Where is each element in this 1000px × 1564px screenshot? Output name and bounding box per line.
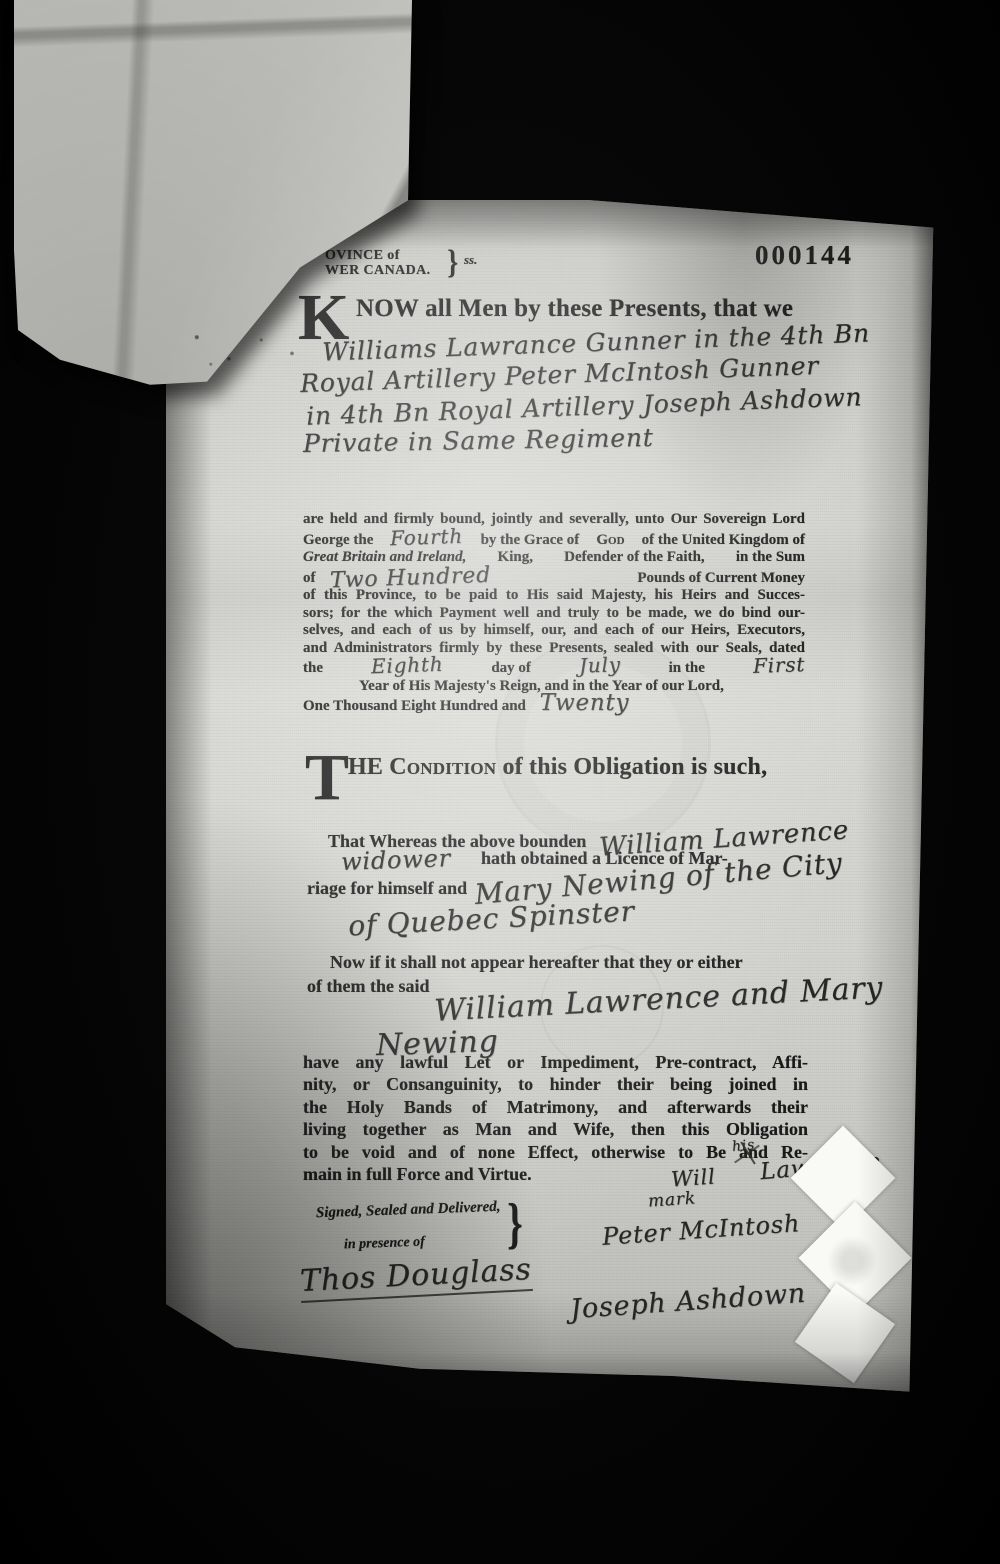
riage-line: riage for himself and xyxy=(307,878,467,899)
hw-first: First xyxy=(753,656,806,675)
final-line: main in full Force and Virtue. xyxy=(303,1163,808,1185)
condition-he: HE xyxy=(348,754,383,780)
obligation-paragraph: are held and firmly bound, jointly and s… xyxy=(303,511,805,716)
obligation-l2b: by the Grace of xyxy=(481,532,580,550)
hw-fourth: Fourth xyxy=(390,527,464,547)
condition-word: Condition xyxy=(389,754,496,780)
hw-eighth: Eighth xyxy=(371,656,444,676)
hw-twenty: Twenty xyxy=(540,690,630,716)
obligation-l3d: in the Sum xyxy=(736,549,805,567)
obligation-l7: selves, and each of us by himself, our, … xyxy=(303,622,805,640)
obligation-l1: are held and firmly bound, jointly and s… xyxy=(303,511,805,529)
hw-widower: widower xyxy=(341,844,452,876)
province-brace: } xyxy=(447,244,458,282)
final-line: living together as Man and Wife, then th… xyxy=(303,1118,808,1140)
province-line1: OVINCE of xyxy=(325,248,431,263)
obligation-l6: sors; for the which Payment well and tru… xyxy=(303,605,805,623)
final-line: nity, or Consanguinity, to hinder their … xyxy=(303,1073,808,1095)
witness-name: Thos Douglass xyxy=(299,1252,532,1303)
dropcap-t: T xyxy=(305,750,349,806)
signed-sealed-delivered: Signed, Sealed and Delivered, xyxy=(316,1199,501,1222)
obligation-l2d: of the United Kingdom of xyxy=(642,532,805,550)
serial-number: 000144 xyxy=(755,240,854,271)
hw-sig-mark: mark xyxy=(647,1188,696,1211)
obligation-l3b: King, xyxy=(498,549,533,567)
hw-sig-witness-douglass: Thos Douglass xyxy=(299,1252,532,1299)
final-line: the Holy Bands of Matrimony, and afterwa… xyxy=(303,1096,808,1118)
heading-know-all-men: NOW all Men by these Presents, that we xyxy=(356,295,793,323)
hw-parties-joint1: William Lawrence and Mary xyxy=(433,970,884,1028)
obligation-l9: the Eighth day of July in the First xyxy=(303,657,805,678)
obligation-l4b: Pounds of Current Money xyxy=(637,570,805,588)
attestation-brace: } xyxy=(507,1192,522,1256)
marriage-bond-sheet: OVINCE of WER CANADA. } ss. 000144 K NOW… xyxy=(166,200,934,1400)
obligation-l11-print: One Thousand Eight Hundred and xyxy=(303,698,526,714)
obligation-l9b: day of xyxy=(491,660,531,678)
obligation-l2c-god: God xyxy=(596,532,624,550)
obligation-l11: One Thousand Eight Hundred and Twenty xyxy=(303,695,805,716)
hw-sig-mcintosh: Peter McIntosh xyxy=(601,1209,801,1251)
now-if-line2: of them the said xyxy=(307,976,430,997)
province-ss: ss. xyxy=(464,252,477,268)
wafer-seal-3 xyxy=(795,1283,895,1383)
in-presence-of: in presence of xyxy=(344,1235,425,1254)
final-line: have any lawful Let or Impediment, Pre-c… xyxy=(303,1051,808,1073)
hw-july: July xyxy=(579,656,621,675)
hw-sig-ashdown: Joseph Ashdown xyxy=(569,1278,807,1325)
heading-condition: HE Condition of this Obligation is such, xyxy=(348,754,767,781)
obligation-l2a: George the xyxy=(303,532,373,550)
now-if-line1: Now if it shall not appear hereafter tha… xyxy=(330,952,743,973)
obligation-l9c: in the xyxy=(669,660,705,678)
hw-of-quebec-spinster: of Quebec Spinster xyxy=(347,895,635,943)
obligation-l4: of Two Hundred Pounds of Current Money xyxy=(303,567,805,588)
obligation-l2: George the Fourth by the Grace of God of… xyxy=(303,529,805,550)
scanned-document-photo: OVINCE of WER CANADA. } ss. 000144 K NOW… xyxy=(0,0,1000,1564)
hw-parties-line4: Private in Same Regiment xyxy=(303,423,654,458)
obligation-l9a: the xyxy=(303,660,323,678)
obligation-l4a: of xyxy=(303,570,316,588)
final-paragraph: have any lawful Let or Impediment, Pre-c… xyxy=(303,1051,808,1185)
condition-rest: of this Obligation is such, xyxy=(502,754,767,780)
province-caption: OVINCE of WER CANADA. xyxy=(325,248,431,278)
province-line2: WER CANADA. xyxy=(325,263,431,278)
